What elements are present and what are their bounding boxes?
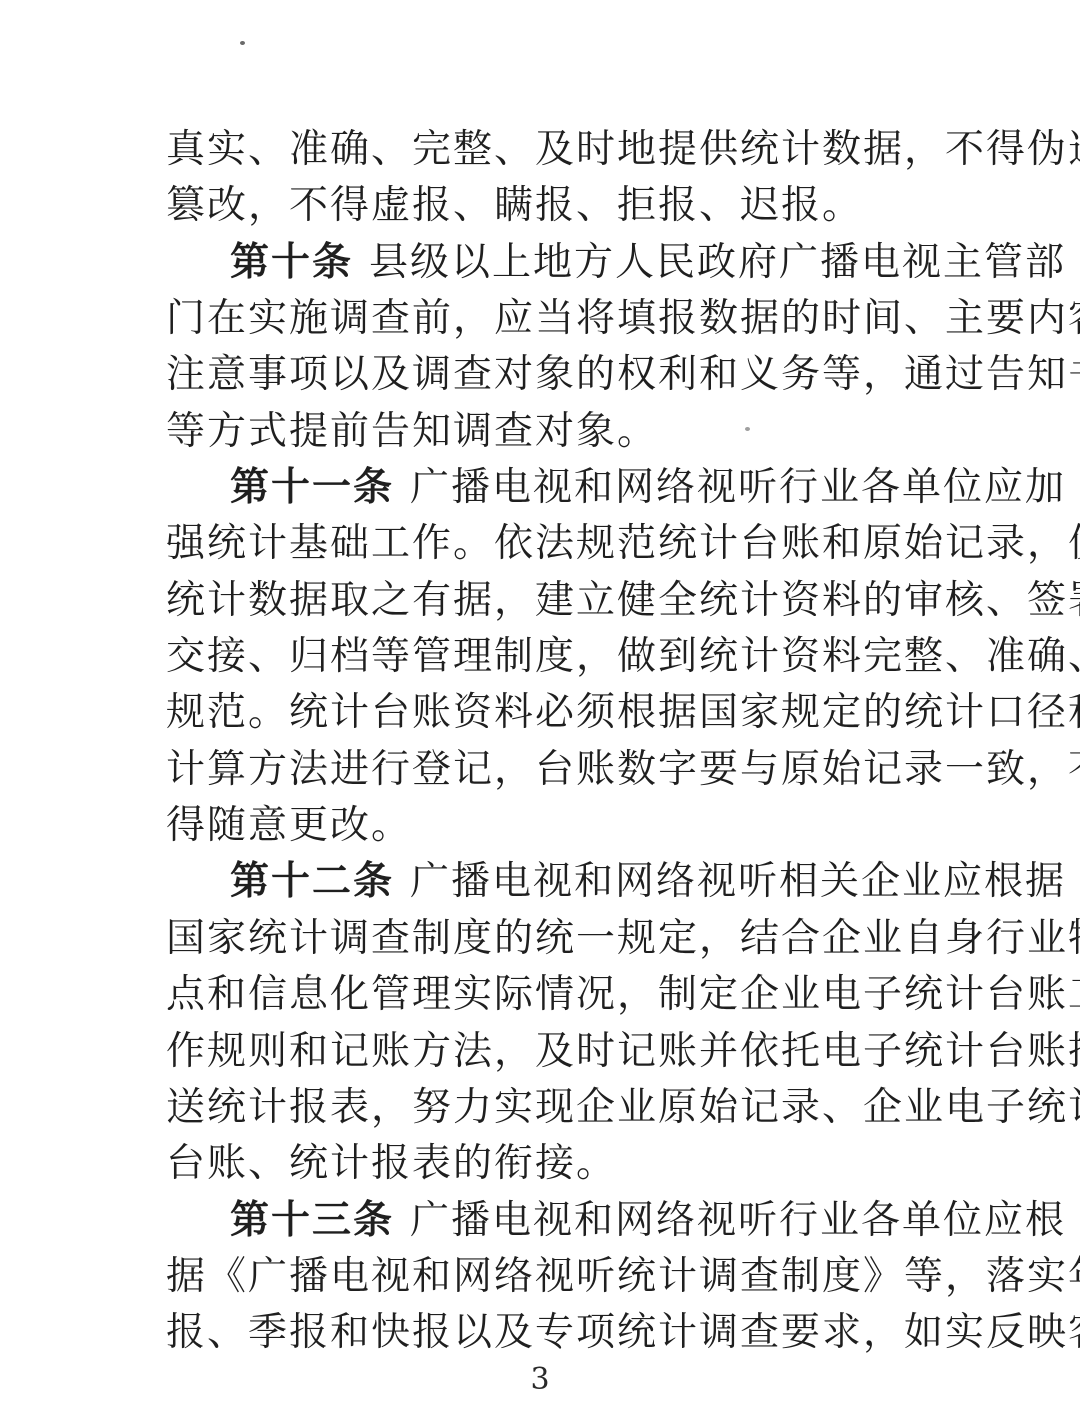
page-number: 3 [0, 1362, 1080, 1398]
line-text: 作规则和记账方法，及时记账并依托电子统计台账报 [166, 1029, 1080, 1074]
line-text: 统计数据取之有据，建立健全统计资料的审核、签署、 [166, 578, 1080, 623]
text-line: 注意事项以及调查对象的权利和义务等，通过告知书 [166, 347, 926, 403]
text-line: 规范。统计台账资料必须根据国家规定的统计口径和 [166, 685, 926, 741]
text-line: 强统计基础工作。依法规范统计台账和原始记录，使 [166, 516, 926, 572]
line-text: 篡改，不得虚报、瞒报、拒报、迟报。 [166, 183, 863, 228]
line-text: 强统计基础工作。依法规范统计台账和原始记录，使 [166, 521, 1080, 566]
line-text: 计算方法进行登记，台账数字要与原始记录一致，不 [166, 747, 1080, 792]
line-text: 等方式提前告知调查对象。 [166, 409, 658, 454]
text-line: 真实、准确、完整、及时地提供统计数据，不得伪造、 [166, 122, 926, 178]
text-line: 统计数据取之有据，建立健全统计资料的审核、签署、 [166, 573, 926, 629]
body-text: 真实、准确、完整、及时地提供统计数据，不得伪造、 篡改，不得虚报、瞒报、拒报、迟… [166, 122, 926, 1362]
scan-speck [240, 41, 245, 45]
line-text: 广播电视和网络视听行业各单位应根 [410, 1198, 1066, 1243]
text-line: 据《广播电视和网络视听统计调查制度》等，落实年 [166, 1249, 926, 1305]
line-text: 国家统计调查制度的统一规定，结合企业自身行业特 [166, 916, 1080, 961]
text-line: 篡改，不得虚报、瞒报、拒报、迟报。 [166, 178, 926, 234]
line-text: 广播电视和网络视听相关企业应根据 [410, 859, 1066, 904]
line-text: 据《广播电视和网络视听统计调查制度》等，落实年 [166, 1254, 1080, 1299]
text-line: 门在实施调查前，应当将填报数据的时间、主要内容、 [166, 291, 926, 347]
document-page: 真实、准确、完整、及时地提供统计数据，不得伪造、 篡改，不得虚报、瞒报、拒报、迟… [0, 0, 1080, 1412]
text-line-article-11: 第十一条广播电视和网络视听行业各单位应加 [166, 460, 926, 516]
line-text: 送统计报表，努力实现企业原始记录、企业电子统计 [166, 1085, 1080, 1130]
text-line-article-12: 第十二条广播电视和网络视听相关企业应根据 [166, 854, 926, 910]
text-line: 等方式提前告知调查对象。 [166, 404, 926, 460]
line-text: 门在实施调查前，应当将填报数据的时间、主要内容、 [166, 296, 1080, 341]
line-text: 县级以上地方人民政府广播电视主管部 [369, 240, 1066, 285]
text-line: 报、季报和快报以及专项统计调查要求，如实反映客 [166, 1305, 926, 1361]
line-text: 点和信息化管理实际情况，制定企业电子统计台账工 [166, 972, 1080, 1017]
text-line: 得随意更改。 [166, 798, 926, 854]
line-text: 规范。统计台账资料必须根据国家规定的统计口径和 [166, 690, 1080, 735]
article-number: 第十二条 [230, 860, 394, 903]
text-line: 台账、统计报表的衔接。 [166, 1136, 926, 1192]
line-text: 台账、统计报表的衔接。 [166, 1141, 617, 1186]
text-line: 作规则和记账方法，及时记账并依托电子统计台账报 [166, 1024, 926, 1080]
text-line: 点和信息化管理实际情况，制定企业电子统计台账工 [166, 967, 926, 1023]
text-line: 计算方法进行登记，台账数字要与原始记录一致，不 [166, 742, 926, 798]
text-line: 交接、归档等管理制度，做到统计资料完整、准确、 [166, 629, 926, 685]
article-number: 第十条 [230, 241, 353, 284]
text-line: 送统计报表，努力实现企业原始记录、企业电子统计 [166, 1080, 926, 1136]
article-number: 第十一条 [230, 466, 394, 509]
line-text: 得随意更改。 [166, 803, 412, 848]
line-text: 真实、准确、完整、及时地提供统计数据，不得伪造、 [166, 127, 1080, 172]
article-number: 第十三条 [230, 1199, 394, 1242]
text-line-article-10: 第十条县级以上地方人民政府广播电视主管部 [166, 235, 926, 291]
text-line: 国家统计调查制度的统一规定，结合企业自身行业特 [166, 911, 926, 967]
text-line-article-13: 第十三条广播电视和网络视听行业各单位应根 [166, 1193, 926, 1249]
line-text: 交接、归档等管理制度，做到统计资料完整、准确、 [166, 634, 1080, 679]
line-text: 报、季报和快报以及专项统计调查要求，如实反映客 [166, 1310, 1080, 1355]
line-text: 广播电视和网络视听行业各单位应加 [410, 465, 1066, 510]
line-text: 注意事项以及调查对象的权利和义务等，通过告知书 [166, 352, 1080, 397]
